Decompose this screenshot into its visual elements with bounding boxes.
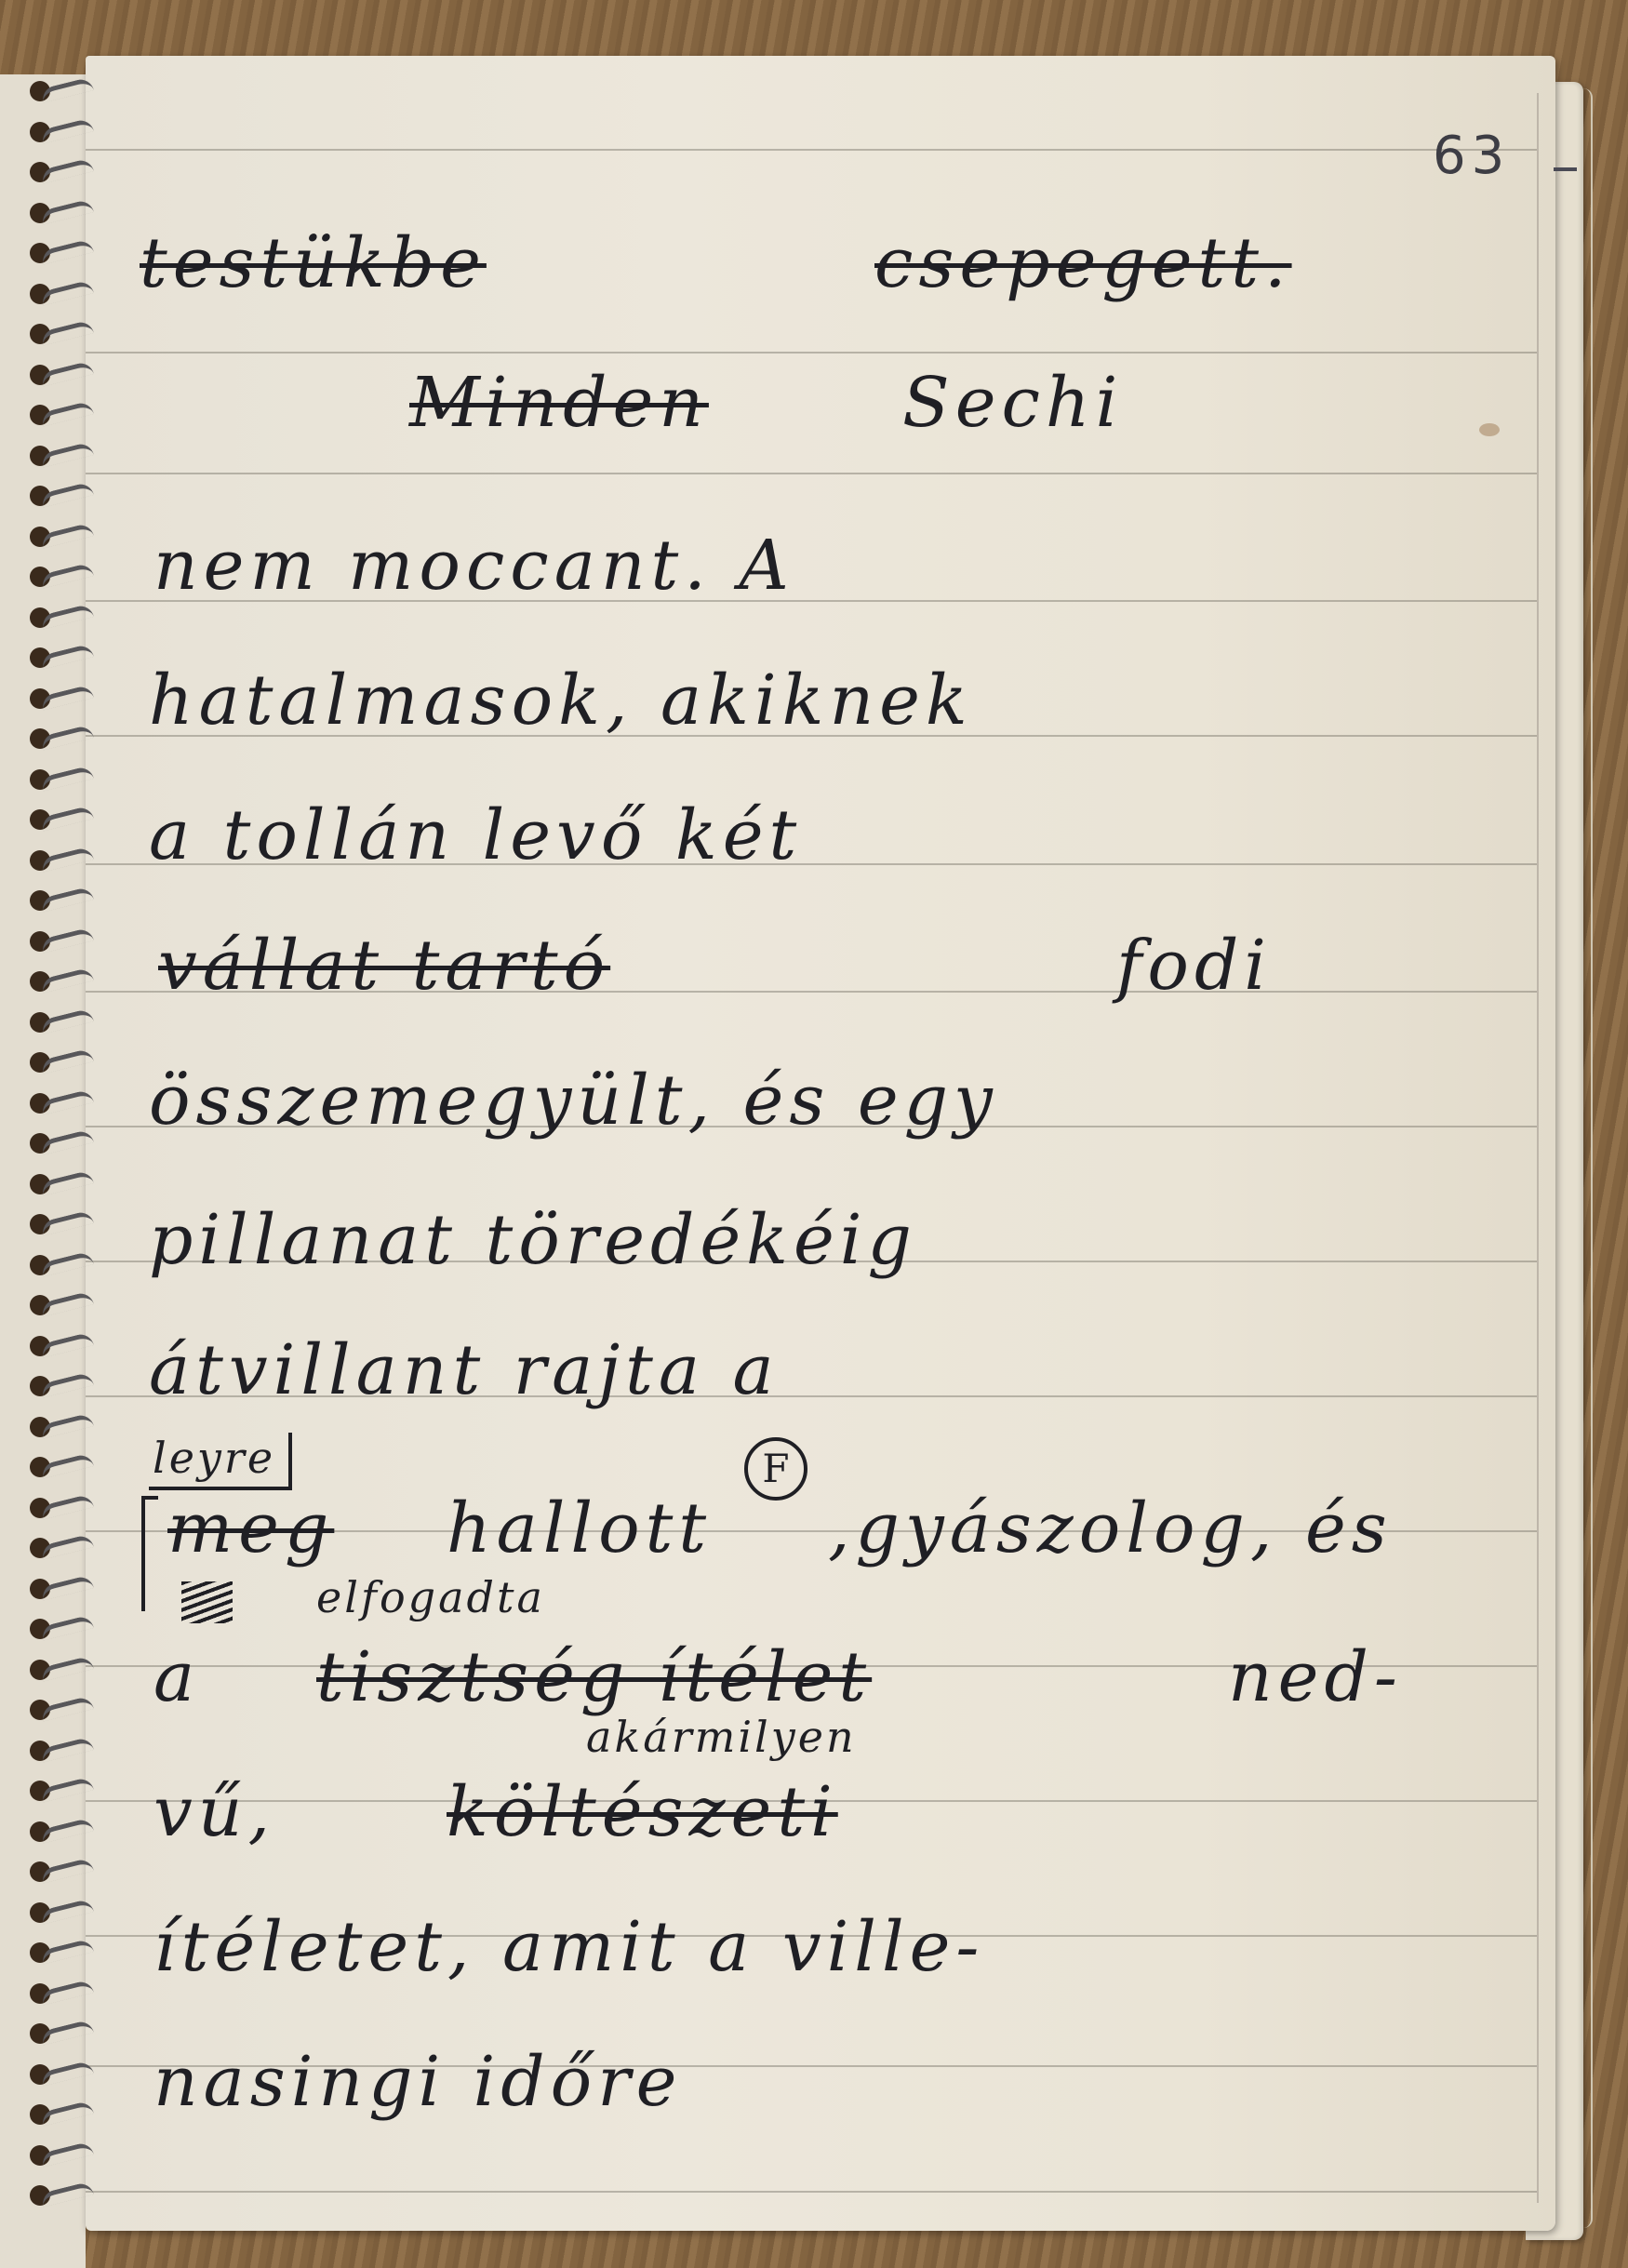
margin-tick-mark xyxy=(1554,167,1577,171)
page-number: 63 xyxy=(1433,126,1510,186)
coil-wire xyxy=(40,76,94,102)
spiral-coil xyxy=(26,1617,100,1641)
spiral-coil xyxy=(26,1739,100,1763)
handwritten-line-12: vű, xyxy=(153,1772,275,1852)
coil-wire xyxy=(40,2019,94,2045)
spiral-coil xyxy=(26,1212,100,1236)
spiral-coil xyxy=(26,1050,100,1074)
handwritten-line-2-struck: Minden xyxy=(409,363,709,443)
coil-wire xyxy=(40,1695,94,1721)
coil-wire xyxy=(40,1614,94,1640)
coil-wire xyxy=(40,1290,94,1316)
coil-wire xyxy=(40,1088,94,1114)
spiral-coil xyxy=(26,727,100,751)
coil-wire xyxy=(40,1938,94,1964)
handwritten-line-5: a tollán levő két xyxy=(149,795,802,875)
spiral-coil xyxy=(26,484,100,508)
spiral-binding xyxy=(26,79,100,2247)
coil-wire xyxy=(40,400,94,426)
handwritten-line-14: nasingi időre xyxy=(153,2042,682,2122)
paper-stain xyxy=(1479,423,1500,436)
spiral-coil xyxy=(26,807,100,832)
spiral-coil xyxy=(26,2021,100,2046)
handwritten-line-11: ned- xyxy=(1228,1637,1403,1717)
interlinear-insertion-elfogadta: elfogadta xyxy=(316,1572,545,1622)
spiral-coil xyxy=(26,363,100,387)
spiral-coil xyxy=(26,120,100,144)
coil-wire xyxy=(40,1331,94,1357)
spiral-coil xyxy=(26,1698,100,1722)
handwritten-line-2: Sechi xyxy=(902,363,1123,443)
spiral-coil xyxy=(26,282,100,306)
spiral-coil xyxy=(26,2062,100,2087)
coil-wire xyxy=(40,1898,94,1924)
coil-wire xyxy=(40,724,94,750)
handwritten-line-6-struck: vállat tartó xyxy=(158,926,610,1006)
coil-wire xyxy=(40,481,94,507)
coil-wire xyxy=(40,1979,94,2005)
spiral-coil xyxy=(26,1901,100,1925)
coil-wire xyxy=(40,441,94,467)
handwritten-line-3: nem moccant. A xyxy=(153,526,794,606)
ruled-line xyxy=(86,2191,1537,2193)
coil-wire xyxy=(40,1493,94,1519)
spiral-coil xyxy=(26,1131,100,1155)
spiral-coil xyxy=(26,241,100,265)
handwritten-line-12-struck: költészeti xyxy=(447,1772,838,1852)
spiral-coil xyxy=(26,2102,100,2127)
spiral-coil xyxy=(26,1172,100,1196)
coil-wire xyxy=(40,927,94,953)
coil-wire xyxy=(40,1857,94,1883)
coil-wire xyxy=(40,1047,94,1074)
circled-mark-glyph: F xyxy=(744,1437,807,1501)
coil-wire xyxy=(40,1574,94,1600)
coil-wire xyxy=(40,1371,94,1397)
interlinear-insertion-akarmilyen: akármilyen xyxy=(586,1712,857,1762)
spiral-coil xyxy=(26,1415,100,1439)
coil-wire xyxy=(40,2060,94,2086)
coil-wire xyxy=(40,1209,94,1235)
spiral-coil xyxy=(26,403,100,427)
scribbled-out-mark xyxy=(181,1581,233,1623)
handwritten-line-9: átvillant rajta a xyxy=(149,1330,780,1410)
spiral-coil xyxy=(26,79,100,103)
coil-wire xyxy=(40,522,94,548)
coil-wire xyxy=(40,279,94,305)
handwritten-line-11-struck: tisztség ítélet xyxy=(316,1637,872,1717)
coil-wire xyxy=(40,1655,94,1681)
spiral-coil xyxy=(26,1941,100,1965)
handwritten-line-6: fodi xyxy=(1116,926,1272,1006)
handwritten-line-10-struck: meg xyxy=(167,1488,334,1568)
spiral-coil xyxy=(26,929,100,954)
handwritten-line-11-prefix: a xyxy=(153,1637,200,1717)
page-right-margin xyxy=(1537,93,1539,2203)
coil-wire xyxy=(40,1776,94,1802)
spiral-coil xyxy=(26,525,100,549)
spiral-coil xyxy=(26,1820,100,1844)
spiral-coil xyxy=(26,1455,100,1479)
insertion-bracket xyxy=(141,1496,158,1611)
coil-wire xyxy=(40,198,94,224)
coil-wire xyxy=(40,603,94,629)
handwritten-line-10: hallott xyxy=(447,1488,712,1568)
coil-wire xyxy=(40,886,94,912)
ruled-line xyxy=(86,352,1537,354)
spiral-coil xyxy=(26,1010,100,1034)
coil-wire xyxy=(40,1250,94,1276)
coil-wire xyxy=(40,1817,94,1843)
handwritten-line-1a: testükbe xyxy=(140,223,487,303)
spiral-coil xyxy=(26,687,100,711)
coil-wire xyxy=(40,238,94,264)
coil-wire xyxy=(40,967,94,993)
spiral-coil xyxy=(26,1496,100,1520)
spiral-coil xyxy=(26,1334,100,1358)
spiral-coil xyxy=(26,444,100,468)
coil-wire xyxy=(40,1533,94,1559)
coil-wire xyxy=(40,157,94,183)
spiral-coil xyxy=(26,322,100,346)
coil-wire xyxy=(40,643,94,669)
spiral-coil xyxy=(26,848,100,873)
handwritten-line-1b: csepegett. xyxy=(874,223,1292,303)
coil-wire xyxy=(40,2100,94,2126)
coil-wire xyxy=(40,117,94,143)
spiral-coil xyxy=(26,606,100,630)
spiral-coil xyxy=(26,646,100,670)
spiral-coil xyxy=(26,160,100,184)
handwritten-line-4: hatalmasok, akiknek xyxy=(149,660,973,740)
handwritten-line-10b: ,gyászolog, és xyxy=(828,1488,1393,1568)
coil-wire xyxy=(40,684,94,710)
coil-wire xyxy=(40,1452,94,1478)
handwritten-line-8: pillanat töredékéig xyxy=(149,1200,917,1280)
coil-wire xyxy=(40,1412,94,1438)
spiral-coil xyxy=(26,1091,100,1115)
spiral-coil xyxy=(26,2143,100,2168)
coil-wire xyxy=(40,1736,94,1762)
coil-wire xyxy=(40,2181,94,2207)
spiral-coil xyxy=(26,1658,100,1682)
handwritten-line-7: összemegyült, és egy xyxy=(149,1061,998,1141)
notebook-page xyxy=(86,56,1555,2231)
spiral-coil xyxy=(26,565,100,589)
circled-editorial-mark: F xyxy=(744,1437,807,1501)
ruled-line xyxy=(86,473,1537,474)
coil-wire xyxy=(40,805,94,831)
spiral-coil xyxy=(26,1536,100,1560)
spiral-coil xyxy=(26,1253,100,1277)
coil-wire xyxy=(40,1007,94,1034)
coil-wire xyxy=(40,765,94,791)
spiral-coil xyxy=(26,1577,100,1601)
spiral-coil xyxy=(26,2183,100,2208)
coil-wire xyxy=(40,562,94,588)
coil-wire xyxy=(40,2141,94,2167)
spiral-coil xyxy=(26,1860,100,1884)
spiral-coil xyxy=(26,1779,100,1803)
spiral-coil xyxy=(26,201,100,225)
coil-wire xyxy=(40,1169,94,1195)
interlinear-insertion-leyre: leyre xyxy=(149,1433,292,1490)
handwritten-line-13: ítéletet, amit a ville- xyxy=(153,1907,984,1987)
ruled-line xyxy=(86,149,1537,151)
spiral-coil xyxy=(26,1981,100,2006)
coil-wire xyxy=(40,1128,94,1154)
spiral-coil xyxy=(26,767,100,792)
coil-wire xyxy=(40,846,94,872)
coil-wire xyxy=(40,319,94,345)
spiral-coil xyxy=(26,888,100,913)
spiral-coil xyxy=(26,1374,100,1398)
coil-wire xyxy=(40,360,94,386)
spiral-coil xyxy=(26,1293,100,1317)
spiral-coil xyxy=(26,969,100,994)
